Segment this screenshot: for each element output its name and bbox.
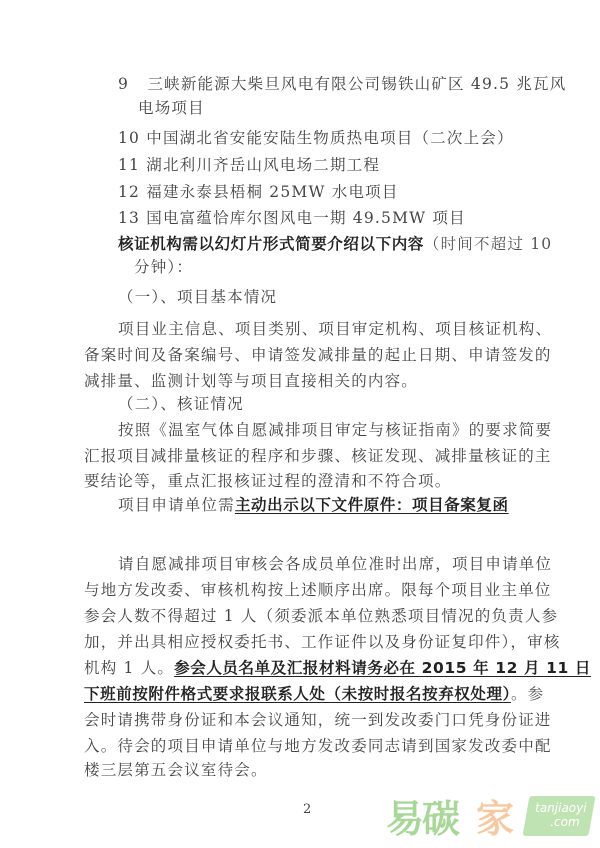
attendance-text: 。参: [511, 685, 544, 703]
project-item-12: 12 福建永泰县梧桐 25MW 水电项目: [118, 180, 399, 202]
section-1-heading: （一）、项目基本情况: [118, 285, 277, 307]
intro-line-2: 分钟）：: [134, 255, 193, 277]
project-item-9: 9 三峡新能源大柴旦风电有限公司锡铁山矿区 49.5 兆瓦风: [118, 72, 566, 94]
project-name: 中国湖北省安能安陆生物质热电项目（二次上会）: [146, 129, 513, 147]
project-number: 12: [118, 183, 140, 201]
watermark-brand-green: 易碳: [386, 788, 458, 843]
intro-normal-text: （时间不超过 10: [424, 235, 552, 253]
watermark-logo: 易碳 家 tanjiaoyi .com: [386, 786, 596, 842]
project-item-11: 11 湖北利川齐岳山风电场二期工程: [118, 153, 380, 175]
section-1-line: 备案时间及备案编号、申请签发减排量的起止日期、申请签发的: [84, 343, 552, 365]
project-name: 福建永泰县梧桐 25MW 水电项目: [146, 183, 398, 201]
project-item-13: 13 国电富蕴恰库尔图风电一期 49.5MW 项目: [118, 206, 466, 228]
watermark-brand-orange: 家: [476, 788, 514, 843]
section-2-line: 要结论等，重点汇报核证过程的澄清和不符合项。: [84, 469, 451, 491]
attendance-line: 请自愿减排项目审核会各成员单位准时出席，项目申请单位: [118, 552, 552, 574]
project-item-10: 10 中国湖北省安能安陆生物质热电项目（二次上会）: [118, 126, 514, 148]
docs-required: 项目申请单位需主动出示以下文件原件：项目备案复函: [118, 493, 509, 515]
attendance-line-5: 机构 1 人。参会人员名单及汇报材料请务必在 2015 年 12 月 11 日: [84, 656, 591, 678]
attendance-line-6: 下班前按附件格式要求报联系人处（未按时报名按弃权处理）。参: [84, 682, 544, 704]
project-number: 11: [118, 156, 140, 174]
section-2-line: 按照《温室气体自愿减排项目审定与核证指南》的要求简要: [118, 418, 552, 440]
attendance-line: 加，并出具相应授权委托书、工作证件以及身份证复印件），审核: [84, 630, 561, 652]
attendance-line: 与地方发改委、审核机构按上述顺序出席。限每个项目业主单位: [84, 578, 552, 600]
project-name: 湖北利川齐岳山风电场二期工程: [146, 156, 380, 174]
attendance-line: 会时请携带身份证和本会议通知，统一到发改委门口凭身份证进: [84, 708, 552, 730]
project-item-9-cont: 电场项目: [138, 96, 205, 118]
docs-required-underlined: 主动出示以下文件原件：项目备案复函: [235, 496, 509, 514]
section-2-heading: （二）、核证情况: [118, 392, 244, 414]
deadline-underlined: 下班前按附件格式要求报联系人处（未按时报名按弃权处理）: [84, 685, 511, 703]
project-name: 三峡新能源大柴旦风电有限公司锡铁山矿区 49.5 兆瓦风: [147, 75, 566, 93]
watermark-badge: tanjiaoyi .com: [522, 796, 595, 836]
section-1-line: 项目业主信息、项目类别、项目审定机构、项目核证机构、: [118, 317, 552, 339]
section-1-line: 减排量、监测计划等与项目直接相关的内容。: [84, 369, 418, 391]
watermark-tld: .com: [539, 815, 591, 829]
project-number: 9: [118, 75, 129, 93]
deadline-underlined: 参会人员名单及汇报材料请务必在 2015 年 12 月 11 日: [174, 659, 591, 677]
project-name: 国电富蕴恰库尔图风电一期 49.5MW 项目: [146, 209, 466, 227]
page-number: 2: [303, 802, 311, 817]
attendance-text: 机构 1 人。: [84, 659, 174, 677]
section-2-line: 汇报项目减排量核证的程序和步骤、核证发现、减排量核证的主: [84, 444, 552, 466]
project-number: 10: [118, 129, 140, 147]
attendance-line: 入。待会的项目申请单位与地方发改委同志请到国家发改委中配: [84, 734, 552, 756]
watermark-domain: tanjiaoyi: [528, 796, 594, 815]
attendance-line: 参会人数不得超过 1 人（须委派本单位熟悉项目情况的负责人参: [84, 604, 558, 626]
intro-line-1: 核证机构需以幻灯片形式简要介绍以下内容（时间不超过 10: [118, 232, 552, 254]
attendance-line: 楼三层第五会议室待会。: [84, 758, 268, 780]
docs-required-text: 项目申请单位需: [118, 496, 235, 514]
project-number: 13: [118, 209, 140, 227]
intro-bold-text: 核证机构需以幻灯片形式简要介绍以下内容: [118, 235, 424, 253]
